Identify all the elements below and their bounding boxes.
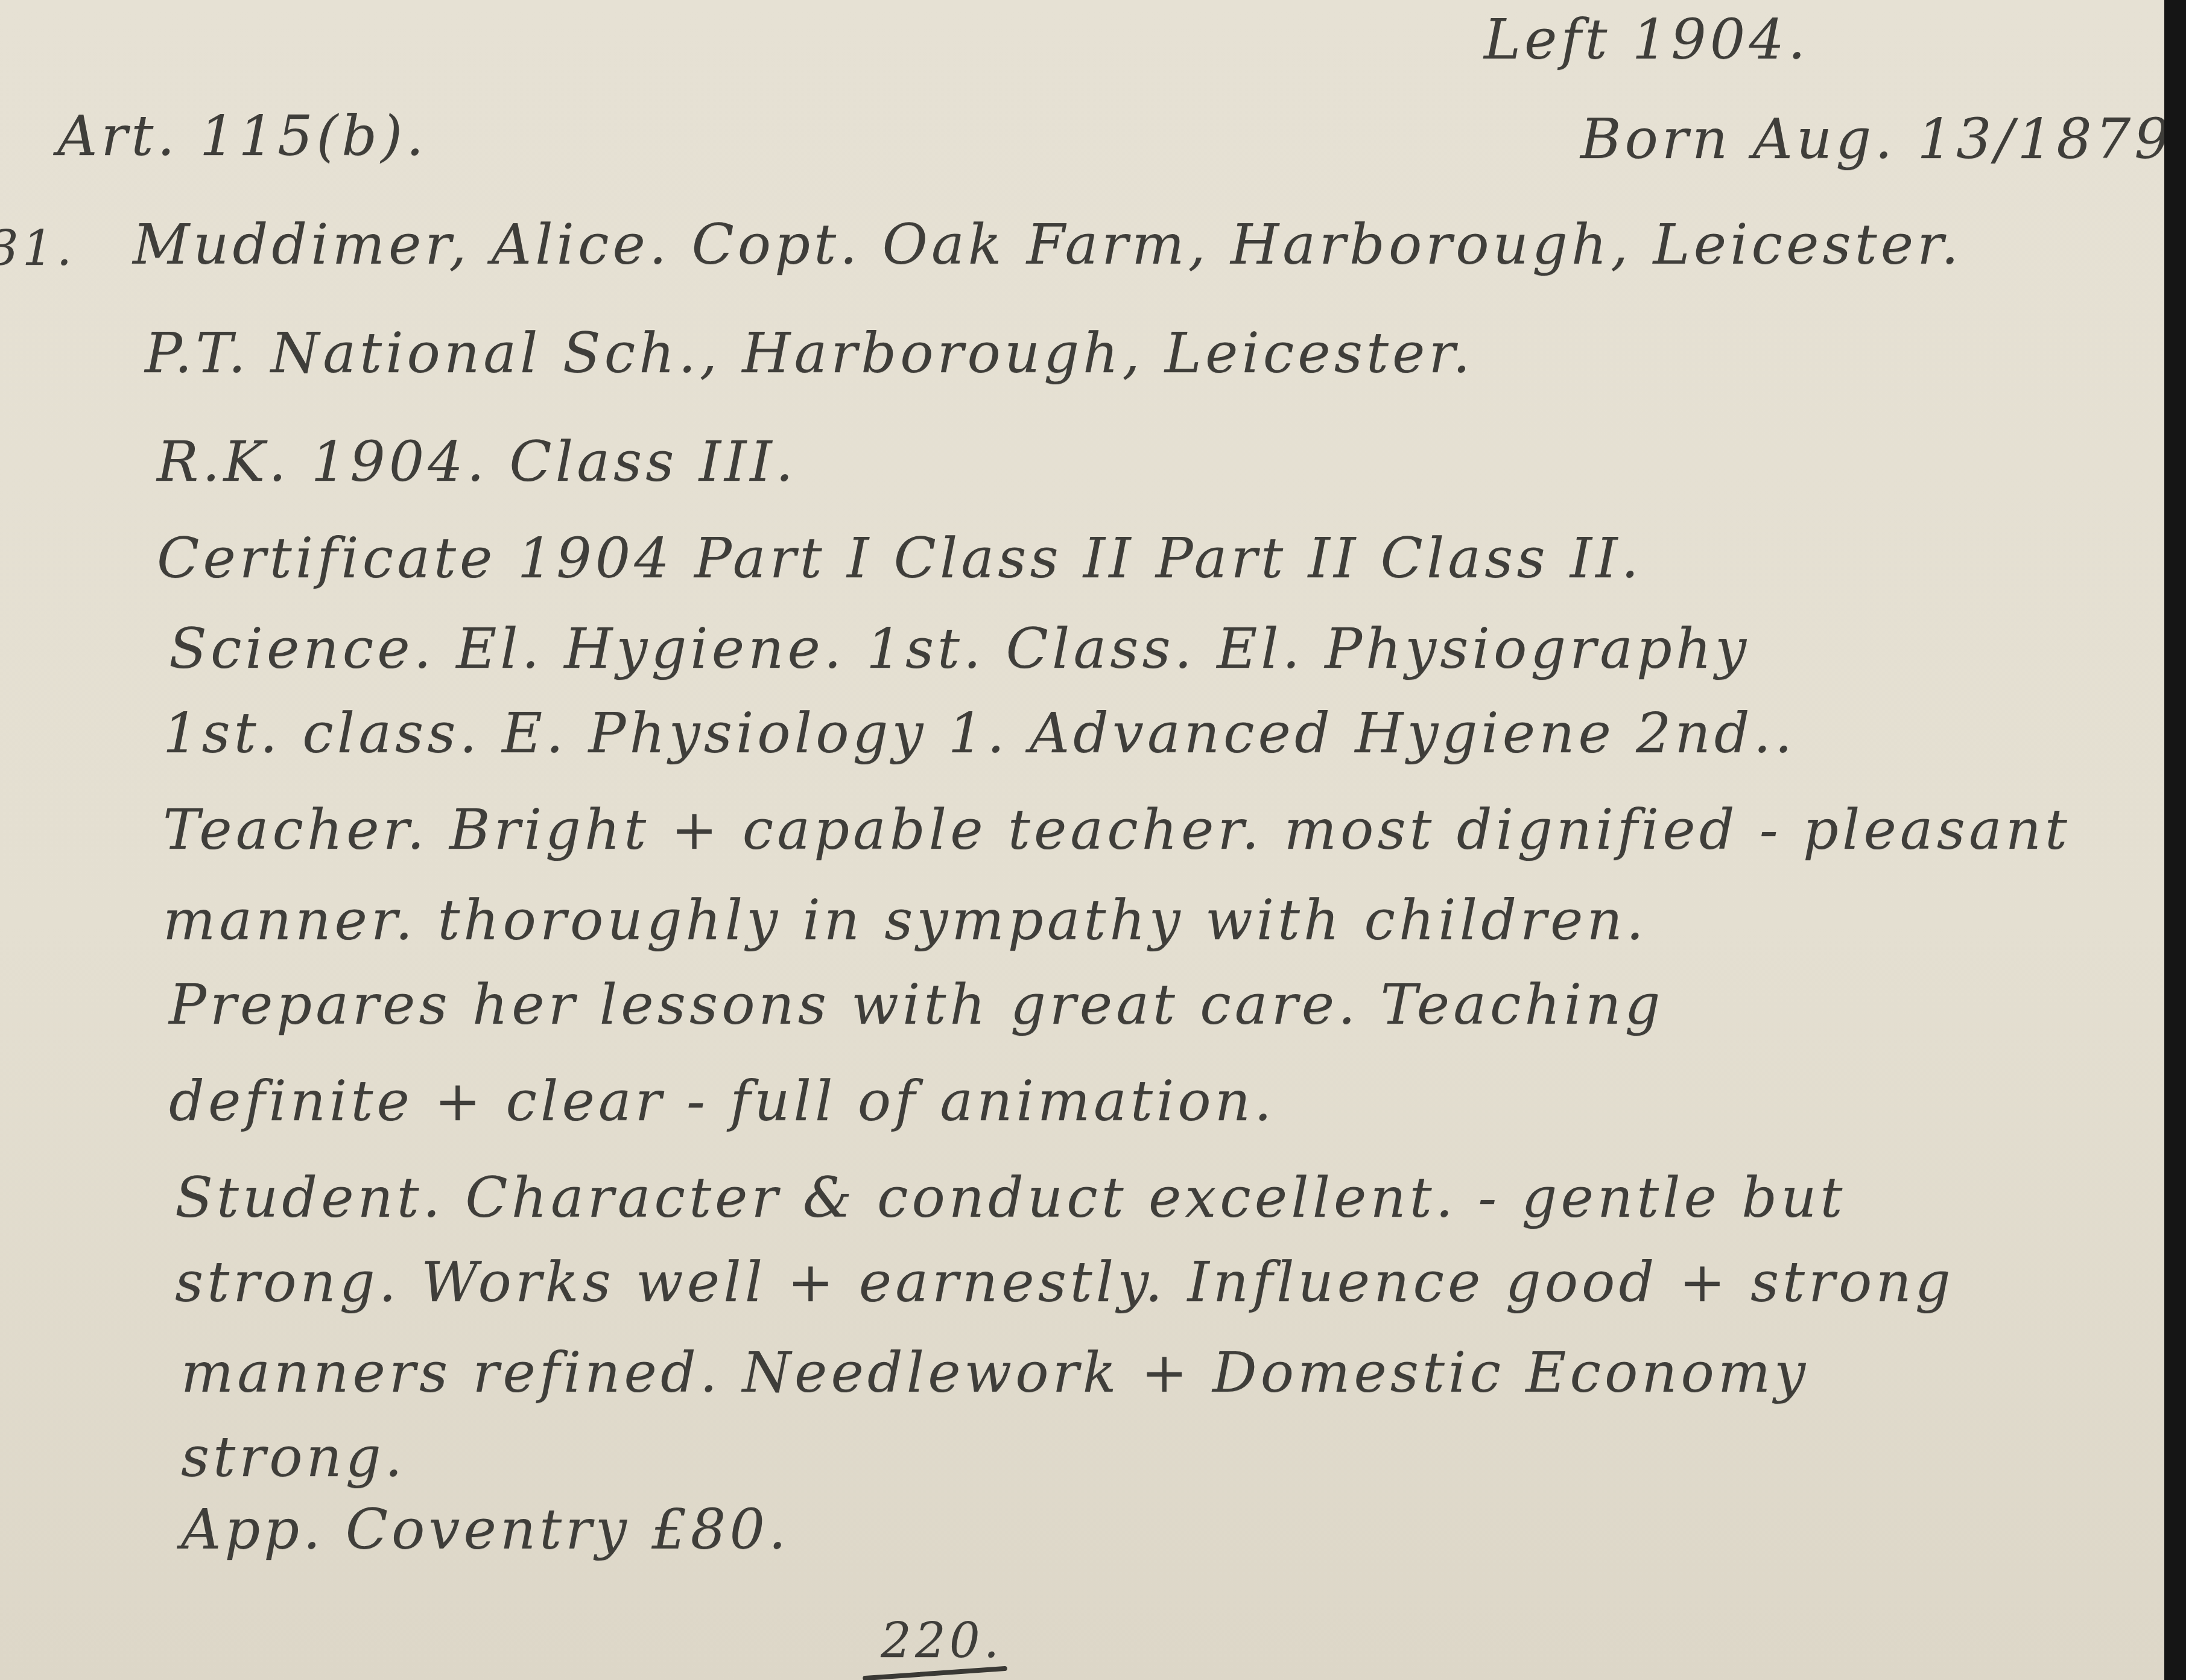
rk-line: R.K. 1904. Class III. [157, 434, 797, 490]
teacher-remark-line-3: Prepares her lessons with great care. Te… [169, 977, 1664, 1033]
science-line-2: 1st. class. E. Physiology 1. Advanced Hy… [163, 706, 1796, 761]
teacher-remark-line-4: definite + clear - full of animation. [169, 1074, 1275, 1129]
birth-date: Born Aug. 13/1879. [1580, 112, 2186, 167]
teacher-remark-line-2: manner. thoroughly in sympathy with chil… [163, 893, 1647, 948]
teacher-remark-line-1: Teacher. Bright + capable teacher. most … [163, 802, 2071, 858]
student-remark-line-3: manners refined. Needlework + Domestic E… [181, 1345, 1809, 1401]
register-page: Art. 115(b). Left 1904. Born Aug. 13/187… [0, 0, 2164, 1680]
student-remark-line-4: strong. [181, 1430, 406, 1485]
school-line: P.T. National Sch., Harborough, Leiceste… [145, 326, 1474, 381]
page-edge-shadow [2164, 0, 2186, 1680]
student-remark-line-1: Student. Character & conduct excellent. … [175, 1170, 1846, 1226]
page-number: 220. [881, 1617, 1003, 1665]
certificate-line: Certificate 1904 Part I Class II Part II… [157, 531, 1643, 586]
article-reference: Art. 115(b). [57, 109, 427, 164]
entry-number: 31. [0, 224, 75, 273]
name-address-line: Muddimer, Alice. Copt. Oak Farm, Harboro… [133, 217, 1962, 273]
left-date: Left 1904. [1484, 12, 1809, 68]
science-line-1: Science. El. Hygiene. 1st. Class. El. Ph… [169, 621, 1750, 677]
appointment-line: App. Coventry £80. [181, 1502, 790, 1558]
student-remark-line-2: strong. Works well + earnestly. Influenc… [175, 1255, 1954, 1310]
